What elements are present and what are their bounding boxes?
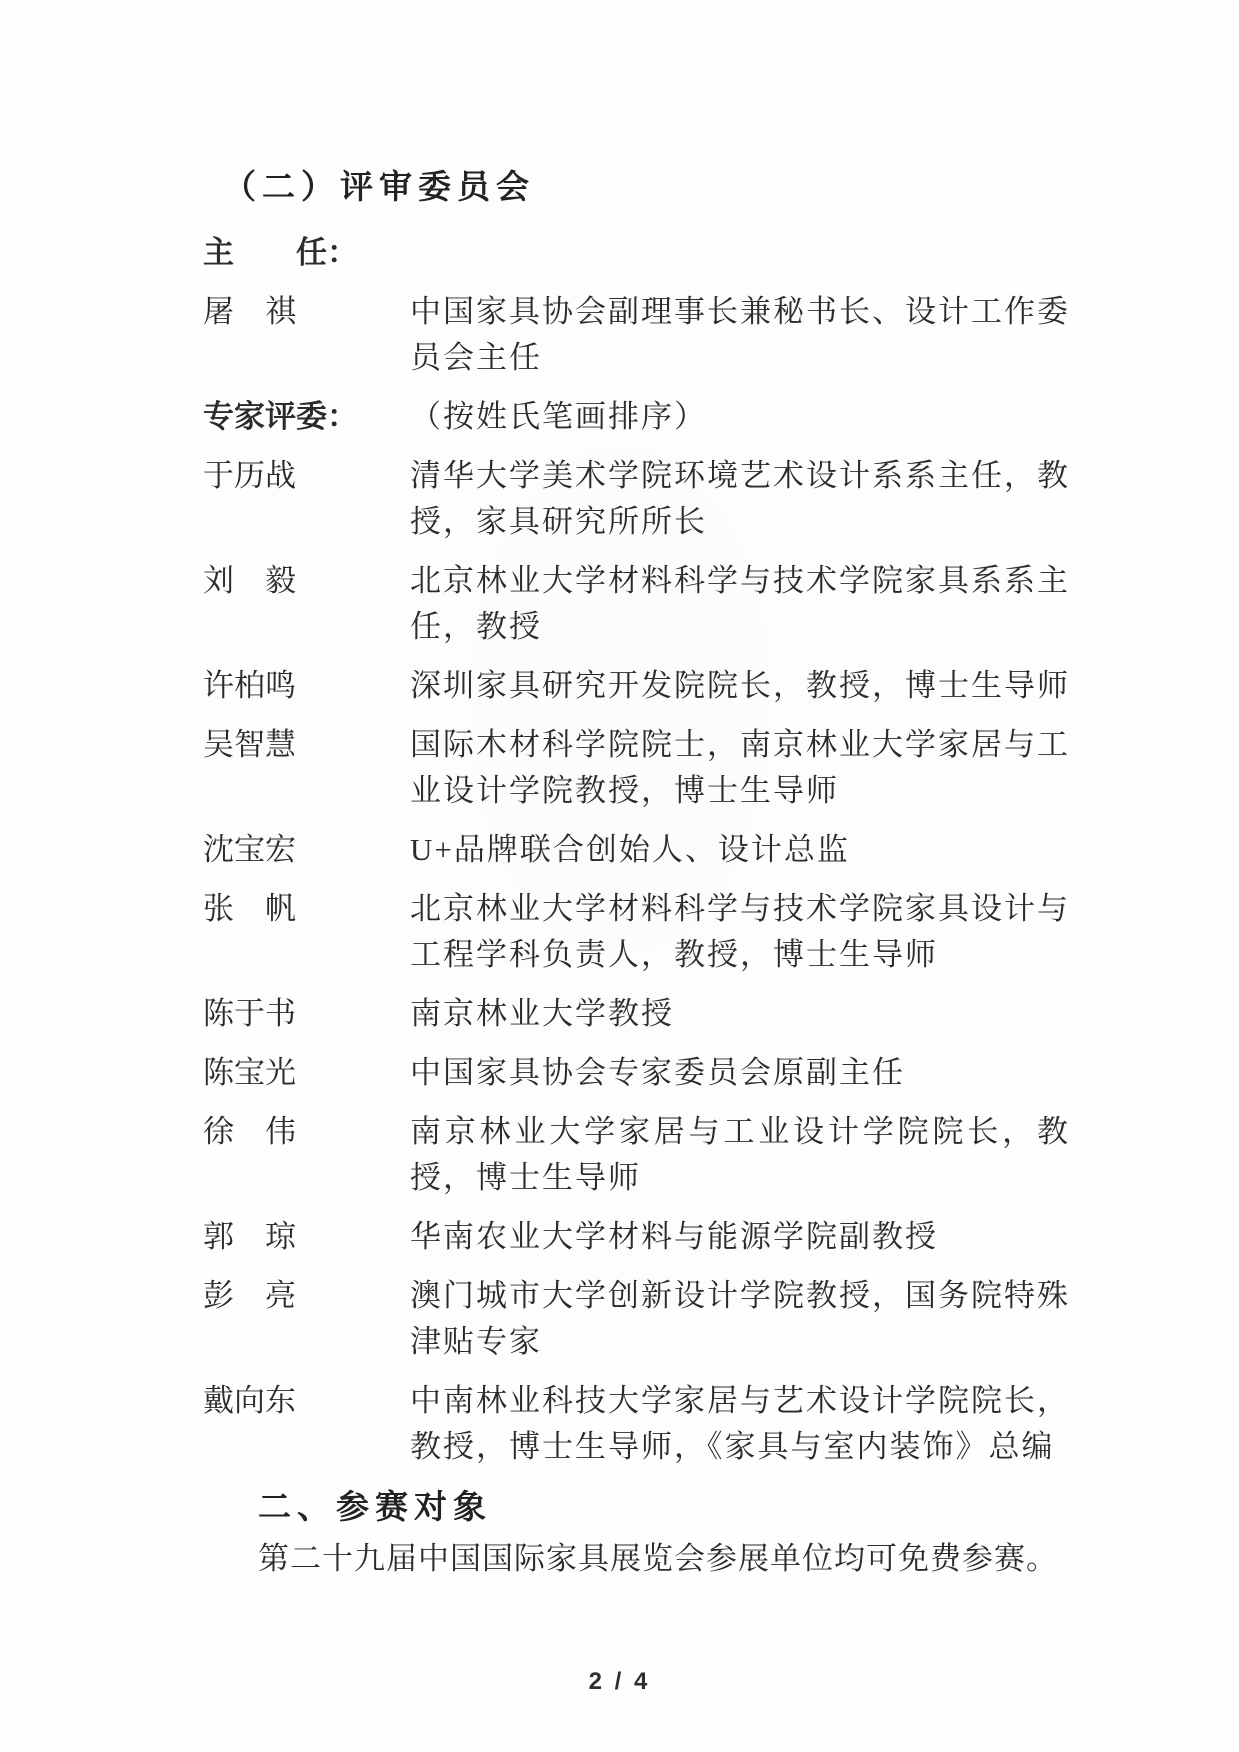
section-heading-eligibility: 二、参赛对象 — [258, 1488, 1159, 1528]
member-name: 陈于书 — [203, 991, 410, 1037]
member-name: 吴智慧 — [203, 722, 410, 814]
member-name: 徐 伟 — [203, 1109, 410, 1201]
member-title: 华南农业大学材料与能源学院副教授 — [410, 1214, 1070, 1260]
member-title: 中国家具协会专家委员会原副主任 — [410, 1050, 1070, 1096]
member-name: 郭 琼 — [203, 1214, 410, 1260]
document-page: （二）评审委员会 主 任： 屠 祺 中国家具协会副理事长兼秘书长、设计工作委员会… — [0, 0, 1239, 1752]
chair-row: 屠 祺 中国家具协会副理事长兼秘书长、设计工作委员会主任 — [203, 289, 1159, 381]
member-name: 屠 祺 — [203, 289, 410, 381]
member-name: 彭 亮 — [203, 1273, 410, 1365]
member-row: 徐 伟 南京林业大学家居与工业设计学院院长，教授，博士生导师 — [203, 1109, 1159, 1201]
member-row: 张 帆 北京林业大学材料科学与技术学院家具设计与工程学科负责人，教授，博士生导师 — [203, 886, 1159, 978]
member-row: 彭 亮 澳门城市大学创新设计学院教授，国务院特殊津贴专家 — [203, 1273, 1159, 1365]
member-name: 戴向东 — [203, 1378, 410, 1470]
member-title: 北京林业大学材料科学与技术学院家具设计与工程学科负责人，教授，博士生导师 — [410, 886, 1070, 978]
member-name: 刘 毅 — [203, 558, 410, 650]
chair-label-row: 主 任： — [203, 230, 1159, 276]
member-title: 中国家具协会副理事长兼秘书长、设计工作委员会主任 — [410, 289, 1070, 381]
member-row: 吴智慧 国际木材科学院院士，南京林业大学家居与工业设计学院教授，博士生导师 — [203, 722, 1159, 814]
member-title: 中南林业科技大学家居与艺术设计学院院长，教授，博士生导师，《家具与室内装饰》总编 — [410, 1378, 1070, 1470]
experts-label: 专家评委： — [203, 394, 410, 440]
member-title: 国际木材科学院院士，南京林业大学家居与工业设计学院教授，博士生导师 — [410, 722, 1070, 814]
experts-label-row: 专家评委： （按姓氏笔画排序） — [203, 394, 1159, 440]
chair-label: 主 任： — [203, 230, 410, 276]
member-title: 南京林业大学教授 — [410, 991, 1070, 1037]
member-row: 陈宝光 中国家具协会专家委员会原副主任 — [203, 1050, 1159, 1096]
member-title: 澳门城市大学创新设计学院教授，国务院特殊津贴专家 — [410, 1273, 1070, 1365]
member-name: 沈宝宏 — [203, 827, 410, 873]
member-row: 于历战 清华大学美术学院环境艺术设计系系主任，教授，家具研究所所长 — [203, 453, 1159, 545]
member-row: 沈宝宏 U+品牌联合创始人、设计总监 — [203, 827, 1159, 873]
member-row: 戴向东 中南林业科技大学家居与艺术设计学院院长，教授，博士生导师，《家具与室内装… — [203, 1378, 1159, 1470]
experts-sort-note: （按姓氏笔画排序） — [410, 394, 1070, 440]
member-title: U+品牌联合创始人、设计总监 — [410, 827, 1070, 873]
member-name: 张 帆 — [203, 886, 410, 978]
section-heading-jury-committee: （二）评审委员会 — [223, 168, 1159, 208]
member-title: 北京林业大学材料科学与技术学院家具系系主任，教授 — [410, 558, 1070, 650]
member-title: 南京林业大学家居与工业设计学院院长，教授，博士生导师 — [410, 1109, 1070, 1201]
member-row: 许柏鸣 深圳家具研究开发院院长，教授，博士生导师 — [203, 663, 1159, 709]
member-row: 陈于书 南京林业大学教授 — [203, 991, 1159, 1037]
eligibility-text: 第二十九届中国国际家具展览会参展单位均可免费参赛。 — [258, 1536, 1068, 1582]
page-number: 2 / 4 — [0, 1668, 1239, 1696]
member-row: 郭 琼 华南农业大学材料与能源学院副教授 — [203, 1214, 1159, 1260]
member-title: 深圳家具研究开发院院长，教授，博士生导师 — [410, 663, 1070, 709]
member-row: 刘 毅 北京林业大学材料科学与技术学院家具系系主任，教授 — [203, 558, 1159, 650]
member-title: 清华大学美术学院环境艺术设计系系主任，教授，家具研究所所长 — [410, 453, 1070, 545]
member-name: 陈宝光 — [203, 1050, 410, 1096]
chair-label-spacer — [410, 230, 1070, 276]
member-name: 于历战 — [203, 453, 410, 545]
member-name: 许柏鸣 — [203, 663, 410, 709]
